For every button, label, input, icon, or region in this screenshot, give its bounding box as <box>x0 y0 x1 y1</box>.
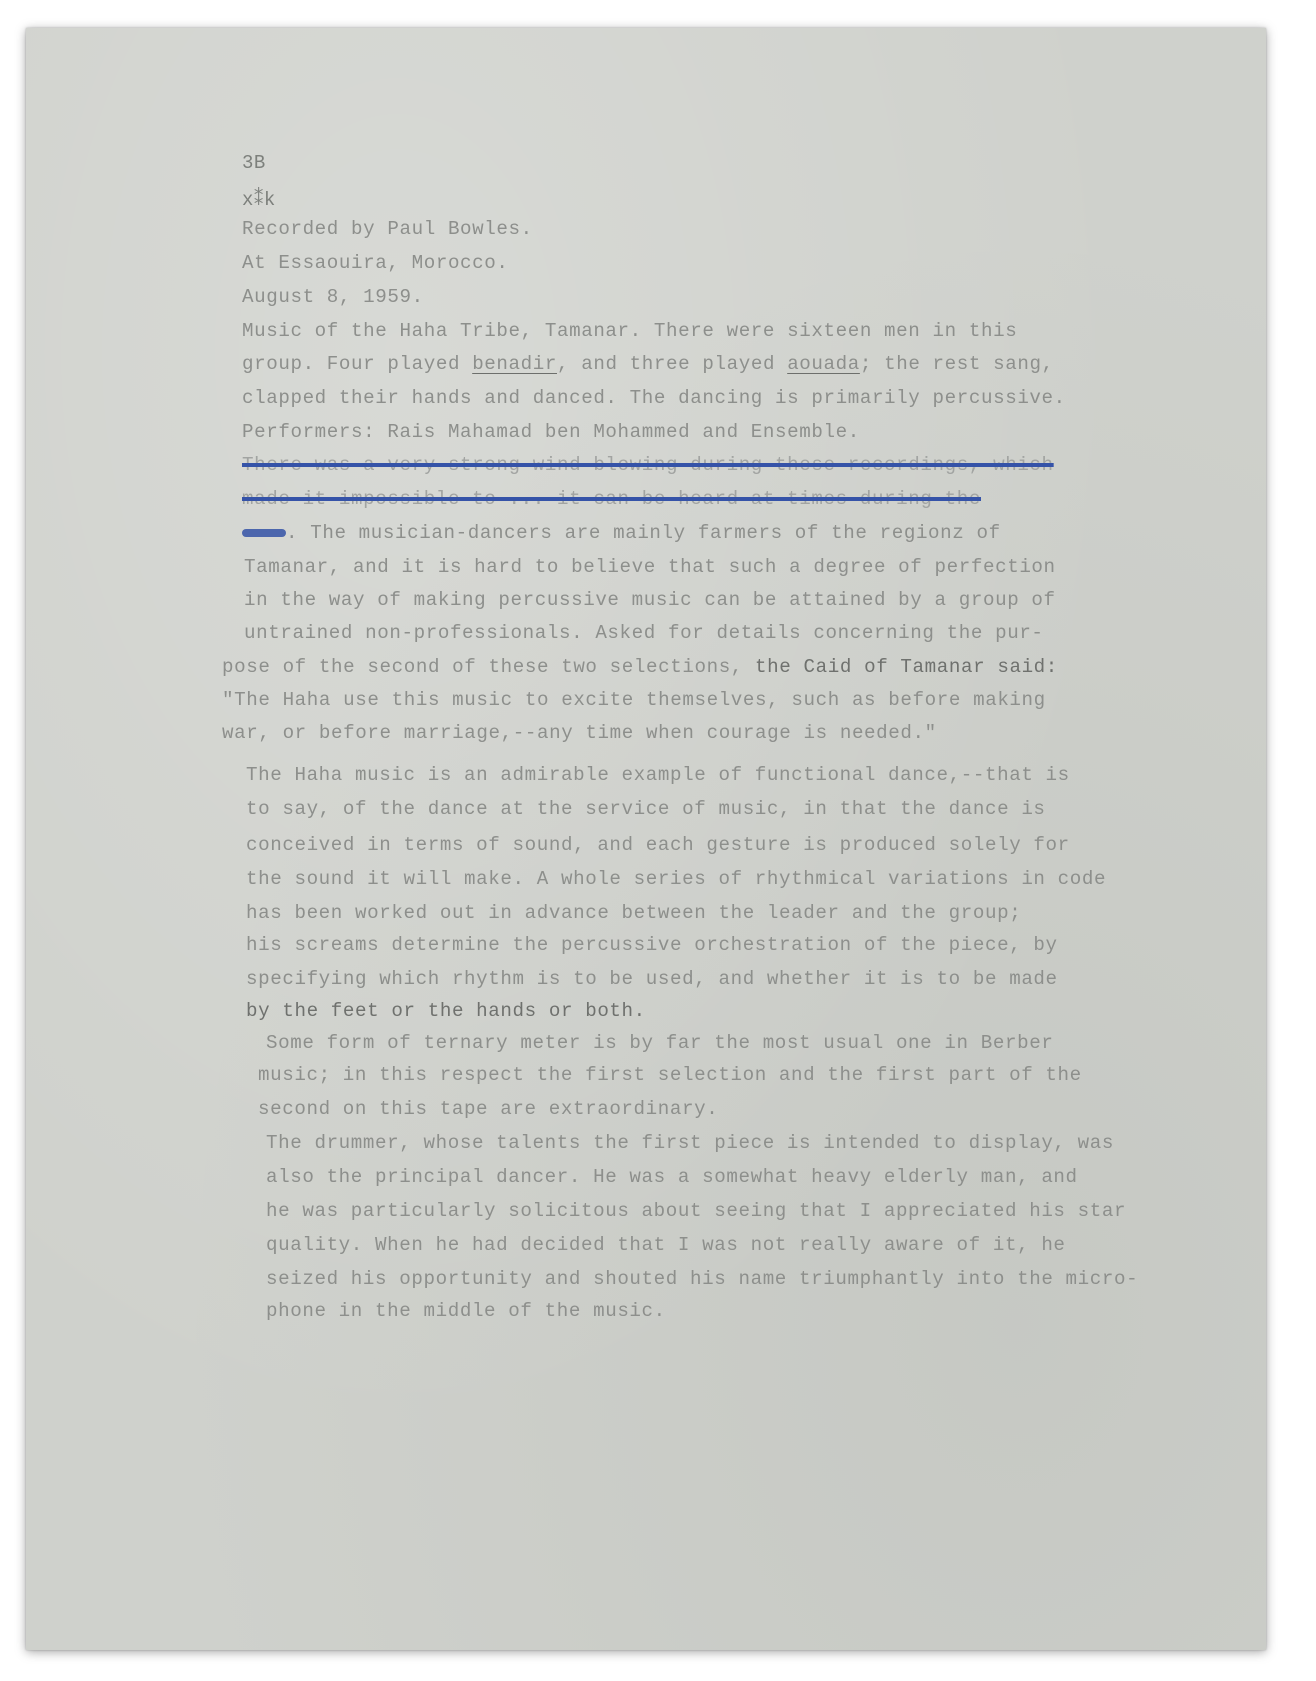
page-label: 3B <box>242 152 266 174</box>
term-aouada: aouada <box>787 353 860 375</box>
ink-blot <box>242 529 286 537</box>
typewritten-page: 3B x⁑k Recorded by Paul Bowles. At Essao… <box>26 28 1266 1650</box>
quotation: "The Haha use this music to excite thems… <box>222 689 1046 711</box>
recorded-by: Recorded by Paul Bowles. <box>242 218 533 240</box>
location: At Essaouira, Morocco. <box>242 252 509 274</box>
date: August 8, 1959. <box>242 286 424 308</box>
term-benadir: benadir <box>472 353 557 375</box>
track-mark: x⁑k <box>242 188 276 211</box>
performers: Performers: Rais Mahamad ben Mohammed an… <box>242 421 860 443</box>
